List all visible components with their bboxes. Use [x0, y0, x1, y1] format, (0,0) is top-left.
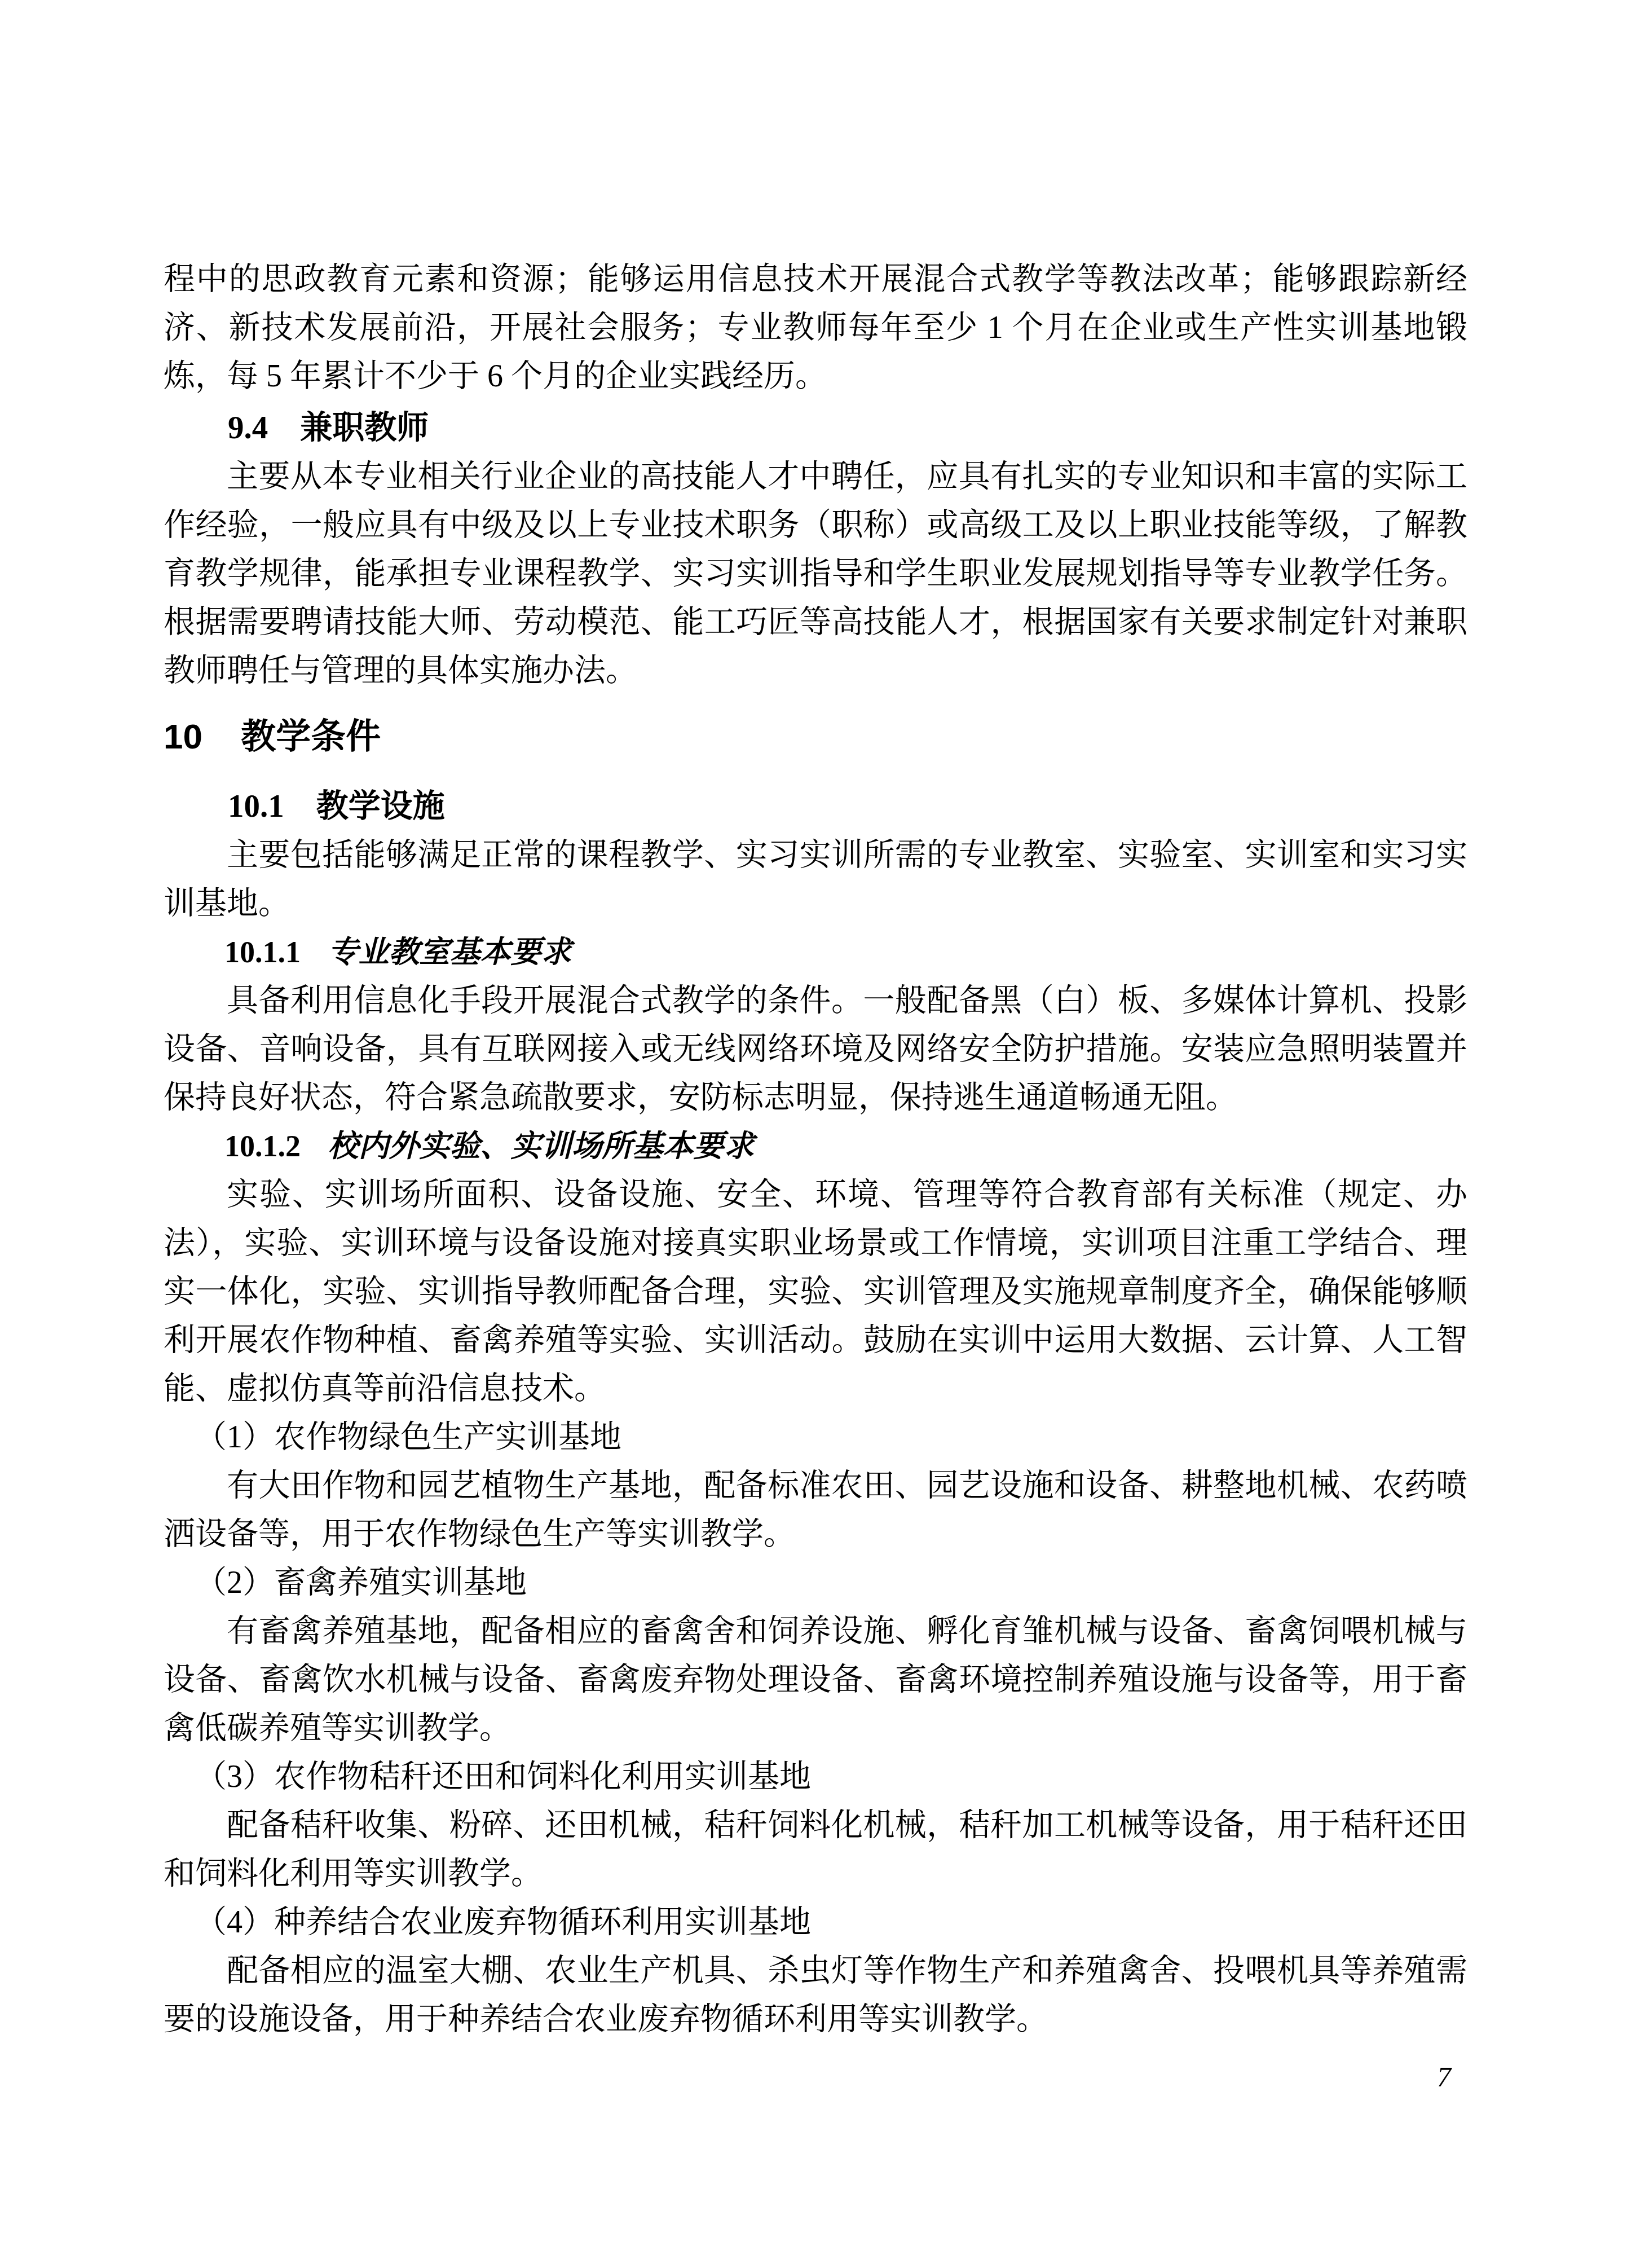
paragraph: 主要从本专业相关行业企业的高技能人才中聘任，应具有扎实的专业知识和丰富的实际工作…: [164, 452, 1467, 695]
section-title: 专业教室基本要求: [328, 935, 572, 969]
section-title: 教学条件: [241, 717, 381, 756]
section-title: 教学设施: [316, 789, 445, 824]
section-title: 校内外实验、实训场所基本要求: [328, 1129, 755, 1163]
paragraph: 有大田作物和园艺植物生产基地，配备标准农田、园艺设施和设备、耕整地机械、农药喷洒…: [164, 1461, 1467, 1558]
section-number: 10.1: [228, 789, 284, 824]
list-item: （3）农作物秸秆还田和饲料化利用实训基地: [164, 1752, 1467, 1801]
paragraph: 配备相应的温室大棚、农业生产机具、杀虫灯等作物生产和养殖禽舍、投喂机具等养殖需要…: [164, 1946, 1467, 2044]
section-number: 9.4: [228, 410, 268, 446]
section-heading-10-1-1: 10.1.1专业教室基本要求: [164, 928, 1467, 976]
document-body: 程中的思政教育元素和资源；能够运用信息技术开展混合式教学等教法改革；能够跟踪新经…: [164, 255, 1467, 2044]
section-heading-9-4: 9.4兼职教师: [164, 404, 1467, 452]
section-number: 10: [164, 717, 202, 756]
section-heading-10-1-2: 10.1.2校内外实验、实训场所基本要求: [164, 1122, 1467, 1170]
document-page: 程中的思政教育元素和资源；能够运用信息技术开展混合式教学等教法改革；能够跟踪新经…: [0, 0, 1627, 2268]
section-number: 10.1.1: [224, 935, 301, 969]
section-heading-10: 10教学条件: [164, 709, 1467, 765]
paragraph: 有畜禽养殖基地，配备相应的畜禽舍和饲养设施、孵化育雏机械与设备、畜禽饲喂机械与设…: [164, 1607, 1467, 1752]
paragraph: 程中的思政教育元素和资源；能够运用信息技术开展混合式教学等教法改革；能够跟踪新经…: [164, 255, 1467, 400]
section-number: 10.1.2: [224, 1129, 301, 1163]
paragraph: 具备利用信息化手段开展混合式教学的条件。一般配备黑（白）板、多媒体计算机、投影设…: [164, 976, 1467, 1122]
section-heading-10-1: 10.1教学设施: [164, 782, 1467, 831]
section-title: 兼职教师: [300, 410, 429, 446]
list-item: （1）农作物绿色生产实训基地: [164, 1413, 1467, 1461]
paragraph: 实验、实训场所面积、设备设施、安全、环境、管理等符合教育部有关标准（规定、办法）…: [164, 1170, 1467, 1413]
paragraph: 主要包括能够满足正常的课程教学、实习实训所需的专业教室、实验室、实训室和实习实训…: [164, 831, 1467, 928]
paragraph: 配备秸秆收集、粉碎、还田机械，秸秆饲料化机械，秸秆加工机械等设备，用于秸秆还田和…: [164, 1801, 1467, 1898]
list-item: （4）种养结合农业废弃物循环利用实训基地: [164, 1898, 1467, 1946]
page-number: 7: [1437, 2060, 1451, 2094]
list-item: （2）畜禽养殖实训基地: [164, 1558, 1467, 1607]
